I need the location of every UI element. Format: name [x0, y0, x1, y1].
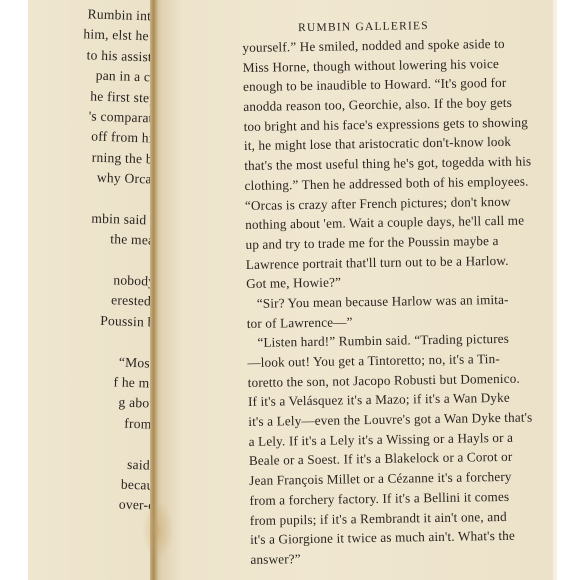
- right-page-text: RUMBIN GALLERIES 53 yourself.” He smiled…: [242, 14, 554, 570]
- right-page: RUMBIN GALLERIES 53 yourself.” He smiled…: [150, 0, 554, 580]
- book-gutter: [150, 0, 162, 580]
- running-head-title: RUMBIN GALLERIES: [298, 17, 429, 37]
- water-stain: [142, 500, 174, 560]
- page-edge: [553, 0, 557, 580]
